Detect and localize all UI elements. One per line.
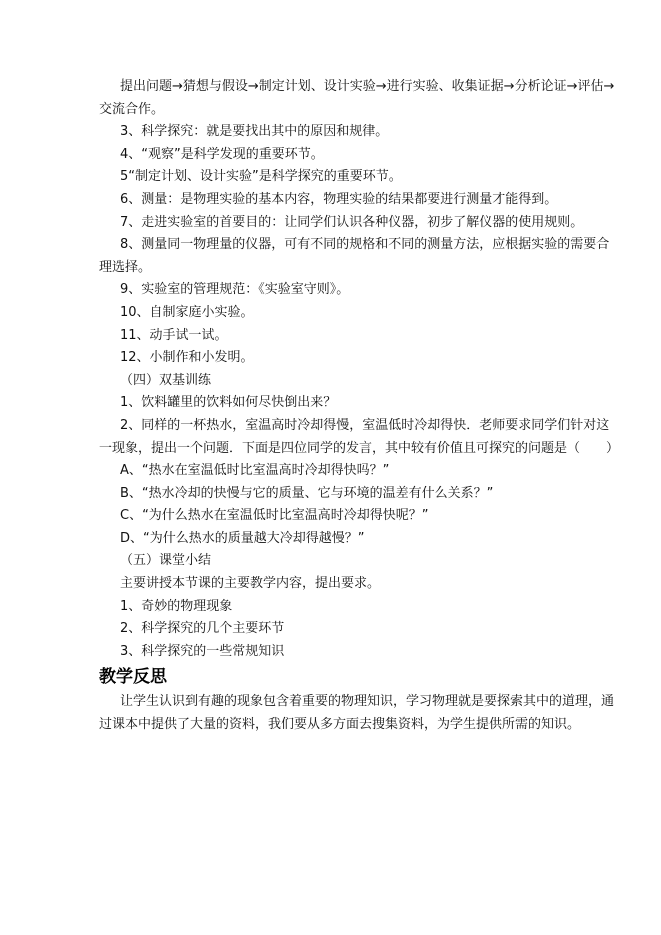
text-line: 1、奇妙的物理现象 [99, 596, 581, 619]
text-line: 3、科学探究的一些常规知识 [99, 641, 581, 664]
text-line: B、“热水冷却的快慢与它的质量、它与环境的温差有什么关系？” [99, 483, 581, 506]
text-line: A、“热水在室温低时比室温高时冷却得快吗？” [99, 460, 581, 483]
text-line: （四）双基训练 [99, 370, 581, 393]
text-line: 主要讲授本节课的主要教学内容，提出要求。 [99, 573, 581, 596]
text-line: 12、小制作和小发明。 [99, 347, 581, 370]
text-line: C、“为什么热水在室温低时比室温高时冷却得快呢？” [99, 505, 581, 528]
text-line: 3、科学探究：就是要找出其中的原因和规律。 [99, 121, 581, 144]
text-line: 9、实验室的管理规范：《实验室守则》。 [99, 279, 581, 302]
text-line: 提出问题→猜想与假设→制定计划、设计实验→进行实验、收集证据→分析论证→评估→ [99, 76, 581, 99]
text-line: 交流合作。 [99, 99, 581, 122]
text-line: D、“为什么热水的质量越大冷却得越慢？” [99, 528, 581, 551]
text-line: 6、测量：是物理实验的基本内容，物理实验的结果都要进行测量才能得到。 [99, 189, 581, 212]
text-line: 过课本中提供了大量的资料，我们要从多方面去搜集资料，为学生提供所需的知识。 [99, 714, 581, 737]
text-line: 理选择。 [99, 257, 581, 280]
text-line: 一现象，提出一个问题．下面是四位同学的发言，其中较有价值且可探究的问题是（ ） [99, 438, 581, 461]
text-line: 10、自制家庭小实验。 [99, 302, 581, 325]
text-line: 11、动手试一试。 [99, 325, 581, 348]
text-line: 5“制定计划、设计实验”是科学探究的重要环节。 [99, 166, 581, 189]
text-line: 2、同样的一杯热水，室温高时冷却得慢，室温低时冷却得快．老师要求同学们针对这 [99, 415, 581, 438]
text-line: 让学生认识到有趣的现象包含着重要的物理知识，学习物理就是要探索其中的道理，通 [99, 691, 581, 714]
text-line: 8、测量同一物理量的仪器，可有不同的规格和不同的测量方法，应根据实验的需要合 [99, 234, 581, 257]
text-line: 4、“观察”是科学发现的重要环节。 [99, 144, 581, 167]
section-heading: 教学反思 [99, 663, 581, 691]
document-body: 提出问题→猜想与假设→制定计划、设计实验→进行实验、收集证据→分析论证→评估→交… [99, 76, 581, 737]
text-line: 2、科学探究的几个主要环节 [99, 618, 581, 641]
document-page: 提出问题→猜想与假设→制定计划、设计实验→进行实验、收集证据→分析论证→评估→交… [0, 0, 661, 935]
text-line: 7、走进实验室的首要目的：让同学们认识各种仪器，初步了解仪器的使用规则。 [99, 212, 581, 235]
text-line: 1、饮料罐里的饮料如何尽快倒出来？ [99, 392, 581, 415]
text-line: （五）课堂小结 [99, 550, 581, 573]
